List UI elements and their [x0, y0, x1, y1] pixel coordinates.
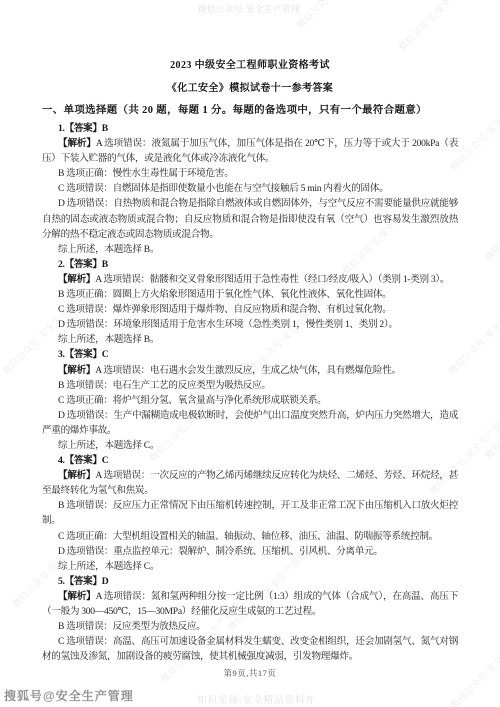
answer-line: 4.【答案】C — [42, 453, 458, 468]
option-paragraph: 综上所述，本题选择 B。 — [42, 242, 458, 257]
option-paragraph: B 选项错误：电石生产工艺的反应类型为吸热反应。 — [42, 378, 458, 393]
answer-line: 1.【答案】B — [42, 121, 458, 136]
analysis-label: 【解析】 — [58, 591, 96, 602]
answer-line: 3.【答案】C — [42, 347, 458, 362]
analysis-paragraph: 【解析】A 选项错误：一次反应的产物乙烯丙烯继续反应转化为炔烃、二烯烃、芳烃、环… — [42, 468, 458, 498]
analysis-label: 【解析】 — [58, 138, 96, 149]
exam-title: 2023 中级安全工程师职业资格考试 — [42, 58, 458, 73]
document-page: 微信公众号:安全生产管理 微信公众号:安全生产管理微信公众号:安全生产管理微信公… — [0, 0, 500, 707]
sohu-branding: 搜狐号@安全生产管理 — [4, 687, 134, 704]
watermark-bottom-text: 知识星球:安全精品资料库 — [197, 692, 316, 706]
option-paragraph: 综上所述，本题选择 B。 — [42, 332, 458, 347]
watermark-diagonal-text: 微信公众号:安全生产管理 — [481, 178, 500, 263]
option-paragraph: D 选项错误：自热物质和混合物是指除自燃液体或自燃固体外，与空气反应不需要能量供… — [42, 196, 458, 241]
option-paragraph: D 选项错误：重点监控单元：裂解炉、制冷系统、压缩机、引风机、分离单元。 — [42, 544, 458, 559]
analysis-label: 【解析】 — [58, 365, 95, 376]
option-paragraph: C 选项正确：将炉气组分氢、氧含量高与净化系统形成联锁关系。 — [42, 393, 458, 408]
answer-line: 2.【答案】B — [42, 257, 458, 272]
option-paragraph: B 选项错误：反应压力正常情况下由压缩机转速控制，开工及非正常工况下由压缩机入口… — [42, 498, 458, 528]
analysis-paragraph: 【解析】A 选项错误：氮和氢两种组分按一定比例（1:3）组成的气体（合成气），在… — [42, 589, 458, 619]
option-paragraph: 综上所述，本题选择 C。 — [42, 438, 458, 453]
analysis-text: A 选项错误：骷髅和交叉骨象形图适用于急性毒性（经口/经皮/吸入）（类别 1-类… — [95, 274, 449, 285]
analysis-paragraph: 【解析】A 选项错误：液氮属于加压气体，加压气体是指在 20℃下，压力等于或大于… — [42, 136, 458, 166]
analysis-text: A 选项错误：液氮属于加压气体，加压气体是指在 20℃下，压力等于或大于 200… — [42, 138, 458, 164]
option-paragraph: D 选项错误：生产中漏糊造成电极软断时，会使炉气出口温度突然升高，炉内压力突然增… — [42, 408, 458, 438]
analysis-paragraph: 【解析】A 选项错误：电石遇水会发生激烈反应，生成乙炔气体，具有燃爆危险性。 — [42, 363, 458, 378]
analysis-paragraph: 【解析】A 选项错误：骷髅和交叉骨象形图适用于急性毒性（经口/经皮/吸入）（类别… — [42, 272, 458, 287]
option-paragraph: B 选项正确：慢性水生毒性属于环境危害。 — [42, 166, 458, 181]
questions-list: 1.【答案】B【解析】A 选项错误：液氮属于加压气体，加压气体是指在 20℃下，… — [42, 121, 458, 664]
answer-line: 5.【答案】D — [42, 574, 458, 589]
analysis-label: 【解析】 — [58, 470, 95, 481]
analysis-text: A 选项错误：电石遇水会发生激烈反应，生成乙炔气体，具有燃爆危险性。 — [95, 365, 401, 376]
paper-title: 《化工安全》模拟试卷十一参考答案 — [42, 81, 458, 96]
option-paragraph: C 选项正确：大型机组设置相关的轴温、轴振动、轴位移、油压、油温、防喘振等系统控… — [42, 529, 458, 544]
analysis-text: A 选项错误：一次反应的产物乙烯丙烯继续反应转化为炔烃、二烯烃、芳烃、环烷烃，甚… — [42, 470, 458, 496]
option-paragraph: D 选项错误：环境象形图适用于危害水生环境（急性类别 1，慢性类别 1、类别 2… — [42, 317, 458, 332]
document-content: 2023 中级安全工程师职业资格考试 《化工安全》模拟试卷十一参考答案 一、单项… — [42, 0, 458, 664]
option-paragraph: B 选项错误：反应类型为放热反应。 — [42, 619, 458, 634]
option-paragraph: C 选项错误：自燃固体是指即使数量小也能在与空气接触后 5 min 内着火的固体… — [42, 181, 458, 196]
option-paragraph: 综上所述，本题选择 C。 — [42, 559, 458, 574]
option-paragraph: B 选项正确：圆圈上方火焰象形图适用于氧化性气体、氧化性液体、氧化性固体。 — [42, 287, 458, 302]
section-heading: 一、单项选择题（共 20 题，每题 1 分。每题的备选项中，只有一个最符合题意） — [42, 103, 458, 118]
option-paragraph: C 选项错误：高温、高压可加速设备金属材料发生蠕变、改变金相组织，还会加剧氢气、… — [42, 634, 458, 664]
page-number: 第9页,共17页 — [0, 667, 500, 679]
option-paragraph: C 选项错误：爆炸弹象形图适用于爆炸物、自反应物质和混合物、有机过氧化物。 — [42, 302, 458, 317]
analysis-text: A 选项错误：氮和氢两种组分按一定比例（1:3）组成的气体（合成气），在高温、高… — [42, 591, 458, 617]
analysis-label: 【解析】 — [58, 274, 95, 285]
